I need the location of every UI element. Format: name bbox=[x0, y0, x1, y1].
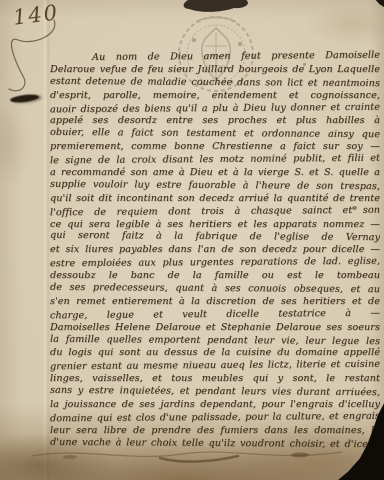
manuscript-line: Delaroue vefue de feu sieur Juillard bou… bbox=[50, 64, 380, 77]
manuscript-line: qui seront faitz à la fabrique de l'egli… bbox=[50, 230, 380, 245]
manuscript-line: s'en remet entierement à la discretion d… bbox=[50, 296, 380, 309]
manuscript-line: auoir dispozé des biens qu'il a plu à Di… bbox=[50, 101, 380, 116]
manuscript-line: la jouissance de ses jardins dependant, … bbox=[50, 399, 380, 412]
manuscript-line: Damoiselles Helene Delaroue et Stephanie… bbox=[50, 322, 380, 335]
manuscript-line: estre emploiées aux plus urgentes repara… bbox=[50, 256, 380, 271]
manuscript-line: obuier, elle a faict son testament et or… bbox=[50, 127, 380, 142]
manuscript-line: charge, legue et veult dicelle testatric… bbox=[50, 308, 380, 323]
manuscript-line: grenier estant au mesme niueau aueq les … bbox=[50, 359, 380, 374]
corner-ink-mark bbox=[373, 0, 384, 7]
manuscript-line: d'esprit, parolle, memoire, entendement … bbox=[50, 90, 380, 103]
manuscript-text: Au nom de Dieu amen feut presente Damois… bbox=[50, 51, 380, 451]
manuscript-page: 140 Au nom de Dieu amen feut presente Da… bbox=[0, 0, 384, 480]
crease-tear bbox=[10, 438, 372, 474]
manuscript-line: supplie vouloir luy estre fauorable à l'… bbox=[50, 179, 380, 194]
manuscript-line: a recommandé son ame à Dieu et à la vier… bbox=[50, 167, 380, 180]
manuscript-line: dessoubz le banc de la famille ou est le… bbox=[50, 270, 380, 283]
manuscript-line: qu'il soit dit incontinant son decedz ar… bbox=[50, 193, 380, 206]
manuscript-line: sans y estre inquietées, et pendant leur… bbox=[50, 385, 380, 400]
manuscript-line: de ses predecesseurs, quant à ses conuoi… bbox=[50, 282, 380, 297]
manuscript-line: l'office de requiem dont trois à chasque… bbox=[50, 204, 380, 219]
manuscript-line: Au nom de Dieu amen feut presente Damois… bbox=[50, 50, 380, 65]
manuscript-line: la famille quelles emportent pendant leu… bbox=[50, 333, 380, 348]
manuscript-line: le signe de la croix disant les motz nom… bbox=[50, 153, 380, 168]
manuscript-line: estant detenue de maladie couchée dans s… bbox=[50, 76, 380, 91]
manuscript-line: domaine qui est clos d'une palissade, po… bbox=[50, 411, 380, 426]
manuscript-line: leur sera libre de prendre des fumiers d… bbox=[50, 425, 380, 438]
